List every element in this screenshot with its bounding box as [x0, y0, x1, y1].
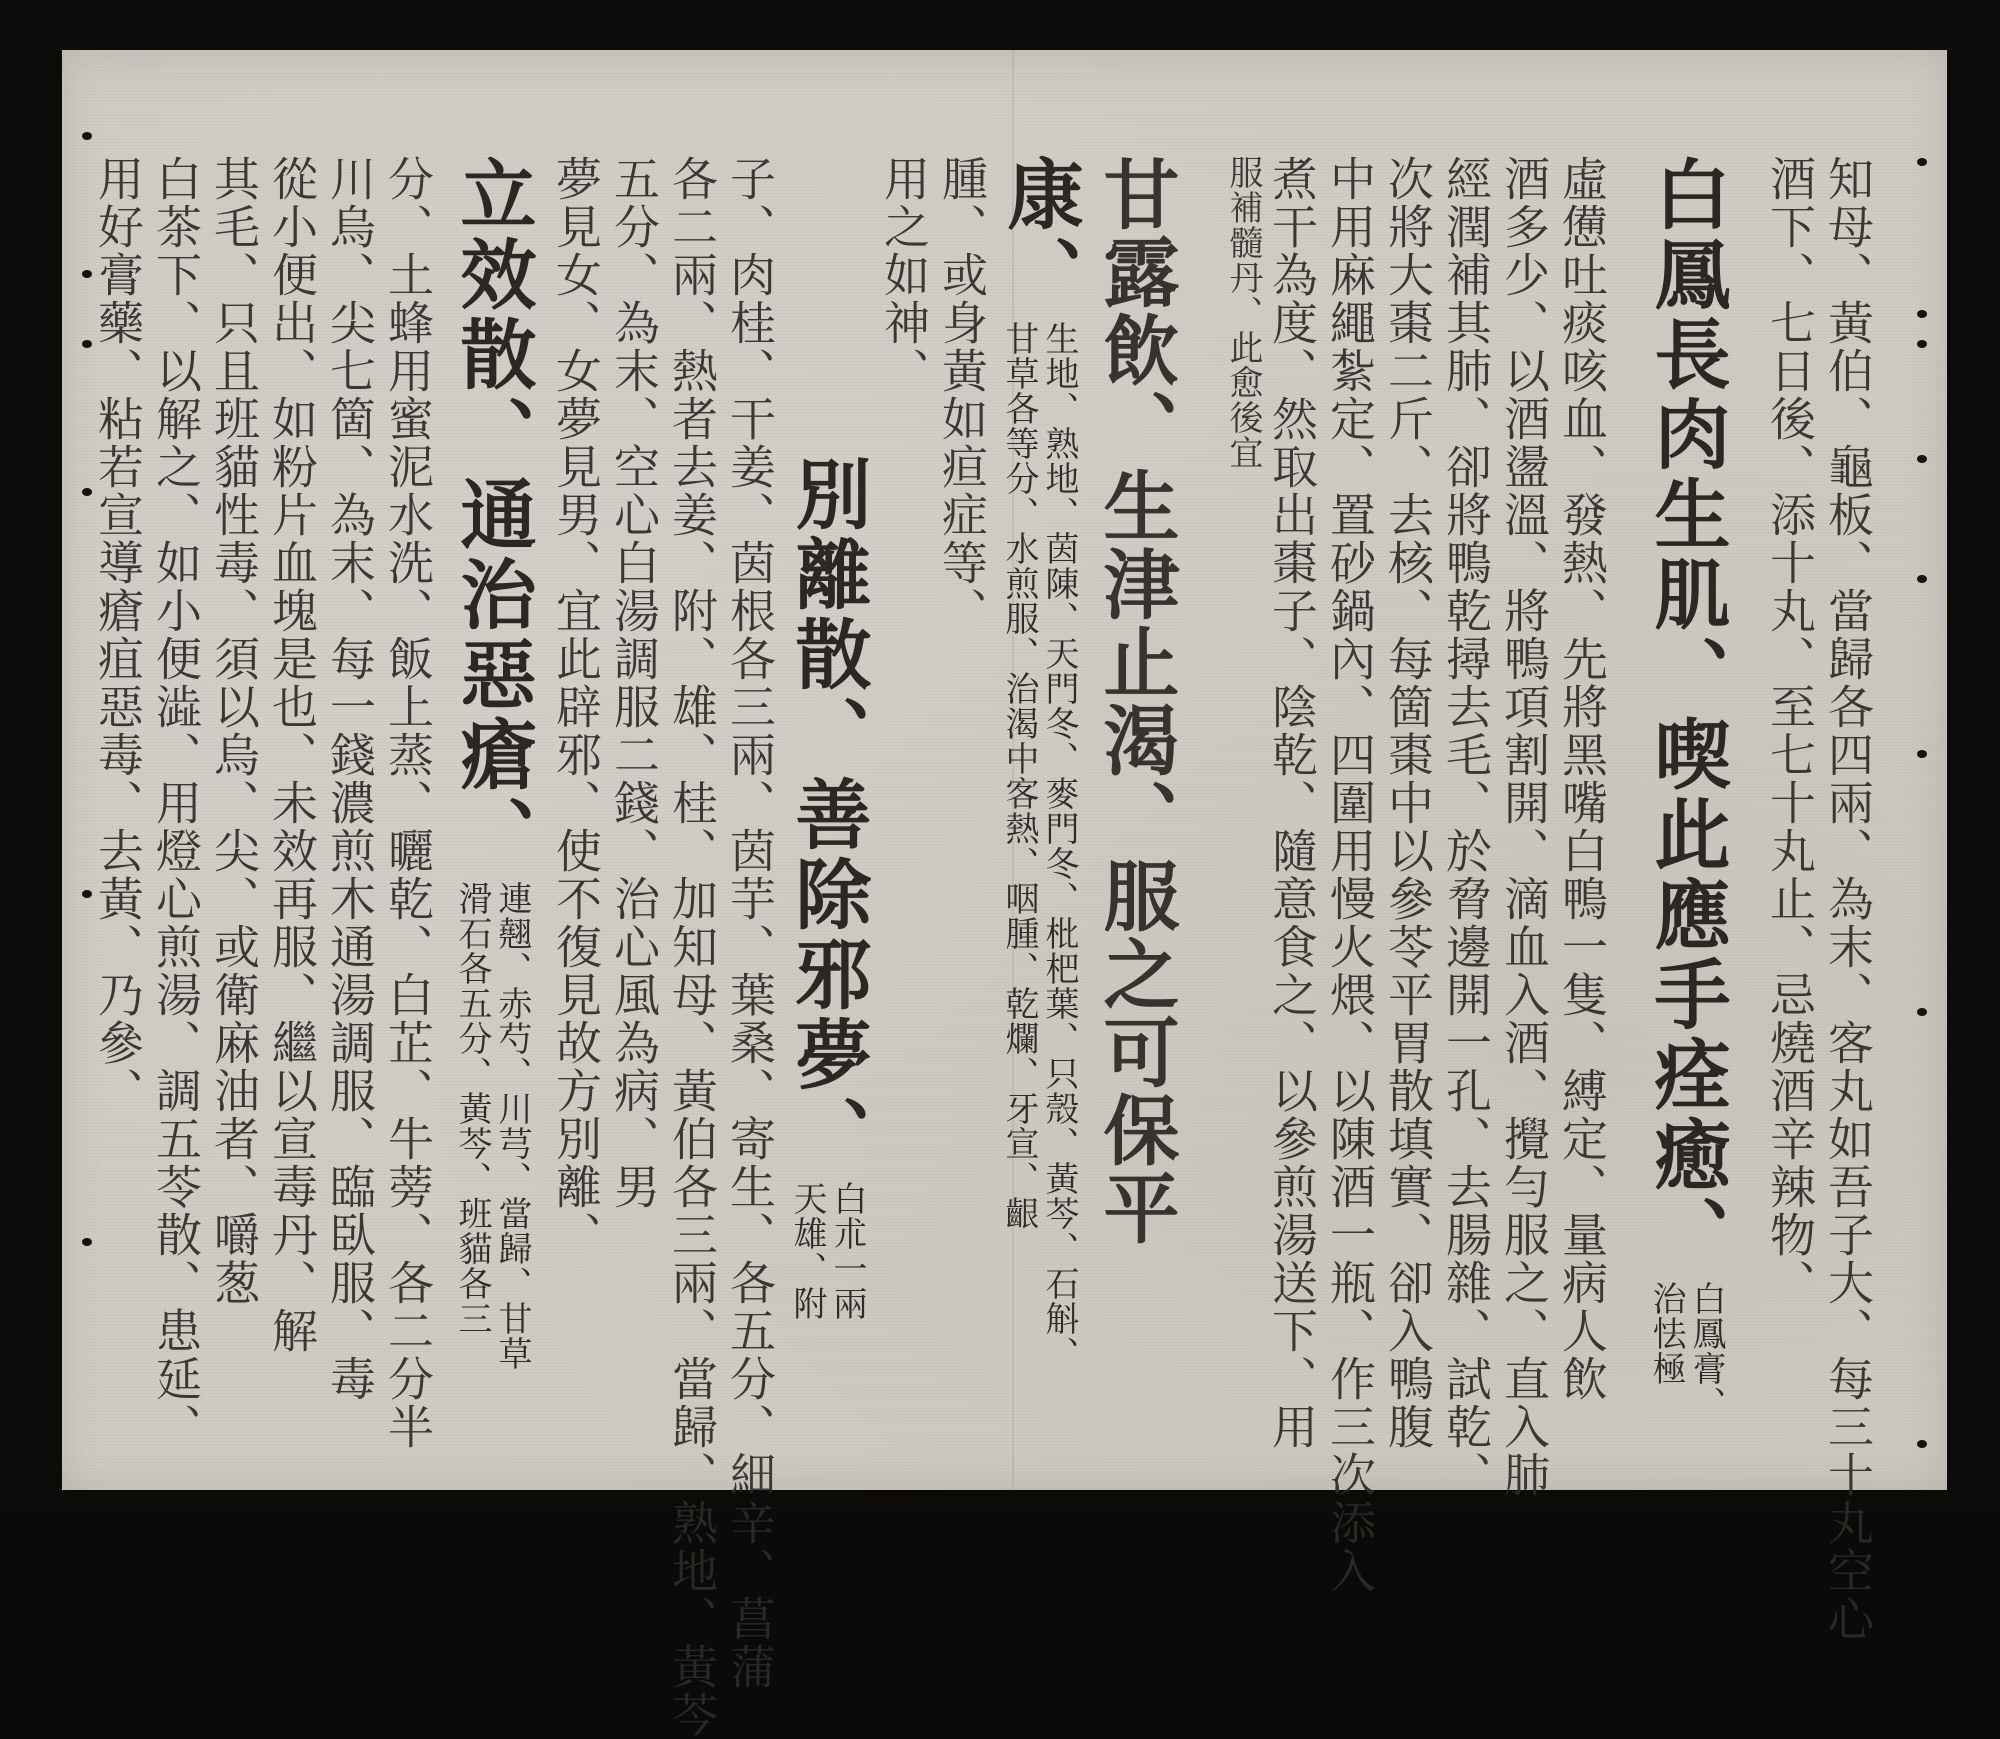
- note-line: 天雄、附: [787, 1181, 827, 1321]
- text-column: 中用麻繩紮定、置砂鍋內、四圍用慢火煨、以陳酒一瓶、作三次添入: [1321, 155, 1379, 1517]
- text-column: 煮干為度、然取出棗子、陰乾、隨意食之、以參煎湯送下、用: [1263, 155, 1321, 1451]
- ingredient-notes: 連翹、赤芍、川芎、當歸、甘草 滑石各五分、黃芩、班貓各三: [452, 881, 532, 1371]
- heading-note: 白鳳膏、 治怯極: [1646, 1281, 1726, 1421]
- text-column: 知母、黃伯、龜板、當歸各四兩、為末、客丸如吾子大、每三十丸空心: [1819, 155, 1877, 1517]
- prescription-heading-bieli: 別離散、善除邪夢、 白朮一兩 天雄、附: [779, 455, 875, 1321]
- text-column-split: 此愈後宜 服補髓丹、: [1183, 155, 1263, 470]
- note-line: 服補髓丹、: [1223, 155, 1263, 330]
- text-column: 用之如神、: [875, 155, 933, 395]
- prescription-heading-kang: 康、 生地、熟地、茵陳、天門冬、麥門冬、枇杷葉、只殼、黃芩、石斛、 甘草各等分、…: [991, 155, 1087, 1371]
- text-column: 酒下、七日後、添十丸、至七十丸止、忌燒酒辛辣物、: [1761, 155, 1819, 1307]
- heading-title: 白鳳長肉生肌、喫此應手痊癒、: [1638, 155, 1734, 1275]
- binding-hole: [1917, 340, 1927, 348]
- text-column: 虛憊吐痰咳血、發熱、先將黑嘴白鴨一隻、縛定、量病人飲: [1553, 155, 1611, 1403]
- text-columns: 知母、黃伯、龜板、當歸各四兩、為末、客丸如吾子大、每三十丸空心 酒下、七日後、添…: [89, 155, 1877, 1445]
- text-column: 白茶下、以解之、如小便澁、用燈心煎湯、調五苓散、患延、: [147, 155, 205, 1451]
- text-column: 經潤補其肺、卻將鴨乾撏去毛、於脅邊開一孔、去腸雜、試乾、: [1437, 155, 1495, 1499]
- text-column: 用好膏藥、粘若宣導瘡疽惡毒、去黃、乃參、: [89, 155, 147, 1115]
- binding-hole: [82, 132, 92, 140]
- heading-title: 康、: [991, 155, 1087, 315]
- prescription-heading-lixiao: 立效散、通治惡瘡、 連翹、赤芍、川芎、當歸、甘草 滑石各五分、黃芩、班貓各三: [437, 155, 547, 1371]
- binding-hole: [1917, 455, 1927, 463]
- text-column: 各二兩、熱者去姜、附、雄、桂、加知母、黃伯各三兩、當歸、熟地、黃芩: [663, 155, 721, 1517]
- text-column: 子、肉桂、干姜、茵根各三兩、茵芋、葉桑、寄生、各五分、細辛、菖蒲: [721, 155, 779, 1517]
- text-column: 酒多少、以酒盪溫、將鴨項割開、滴血入酒、攪勻服之、直入肺: [1495, 155, 1553, 1499]
- prescription-heading-baifeng: 白鳳長肉生肌、喫此應手痊癒、 白鳳膏、 治怯極: [1611, 155, 1761, 1421]
- document-sheet: 知母、黃伯、龜板、當歸各四兩、為末、客丸如吾子大、每三十丸空心 酒下、七日後、添…: [62, 50, 1947, 1490]
- text-column: 夢見女、女夢見男、宜此辟邪、使不復見故方別離、: [547, 155, 605, 1259]
- heading-title: 立效散、通治惡瘡、: [444, 155, 540, 875]
- binding-hole: [1917, 575, 1927, 583]
- binding-hole: [1917, 1440, 1927, 1448]
- note-line: 滑石各五分、黃芩、班貓各三: [452, 881, 492, 1371]
- binding-hole: [1917, 1008, 1927, 1016]
- note-line: 白鳳膏、: [1686, 1281, 1726, 1421]
- binding-hole: [1917, 158, 1927, 166]
- note-line: 甘草各等分、水煎服、治渴中客熱、咽腫、乾爛、牙宣、齦: [999, 321, 1039, 1371]
- heading-title: 別離散、善除邪夢、: [779, 455, 875, 1175]
- note-line: 治怯極: [1646, 1281, 1686, 1421]
- text-column: 分、土蜂用蜜泥水洗、飯上蒸、曬乾、白芷、牛蒡、各二分半: [379, 155, 437, 1451]
- binding-hole: [1917, 750, 1927, 758]
- ingredient-notes: 生地、熟地、茵陳、天門冬、麥門冬、枇杷葉、只殼、黃芩、石斛、 甘草各等分、水煎服…: [999, 321, 1079, 1371]
- note-line: 此愈後宜: [1223, 330, 1263, 470]
- text-column: 從小便出、如粉片血塊是也、未效再服、繼以宣毒丹、解: [263, 155, 321, 1355]
- text-column: 其毛、只且班貓性毒、須以烏、尖、或衛麻油者、嚼葱: [205, 155, 263, 1307]
- text-column: 五分、為末、空心白湯調服二錢、治心風為病、男: [605, 155, 663, 1211]
- note-line: 白朮一兩: [827, 1181, 867, 1321]
- ingredient-notes: 白朮一兩 天雄、附: [787, 1181, 867, 1321]
- text-column: 次將大棗二斤、去核、每箇棗中以參苓平胃散填實、卻入鴨腹: [1379, 155, 1437, 1451]
- text-column: 腫、或身黃如疸症等、: [933, 155, 991, 635]
- note-line: 生地、熟地、茵陳、天門冬、麥門冬、枇杷葉、只殼、黃芩、石斛、: [1039, 321, 1079, 1371]
- binding-hole: [1917, 310, 1927, 318]
- prescription-heading-ganlu: 甘露飲、生津止渴、服之可保平: [1087, 155, 1183, 1247]
- note-line: 連翹、赤芍、川芎、當歸、甘草: [492, 881, 532, 1371]
- text-column: 川烏、尖七箇、為末、每一錢濃煎木通湯調服、臨臥服、毒: [321, 155, 379, 1403]
